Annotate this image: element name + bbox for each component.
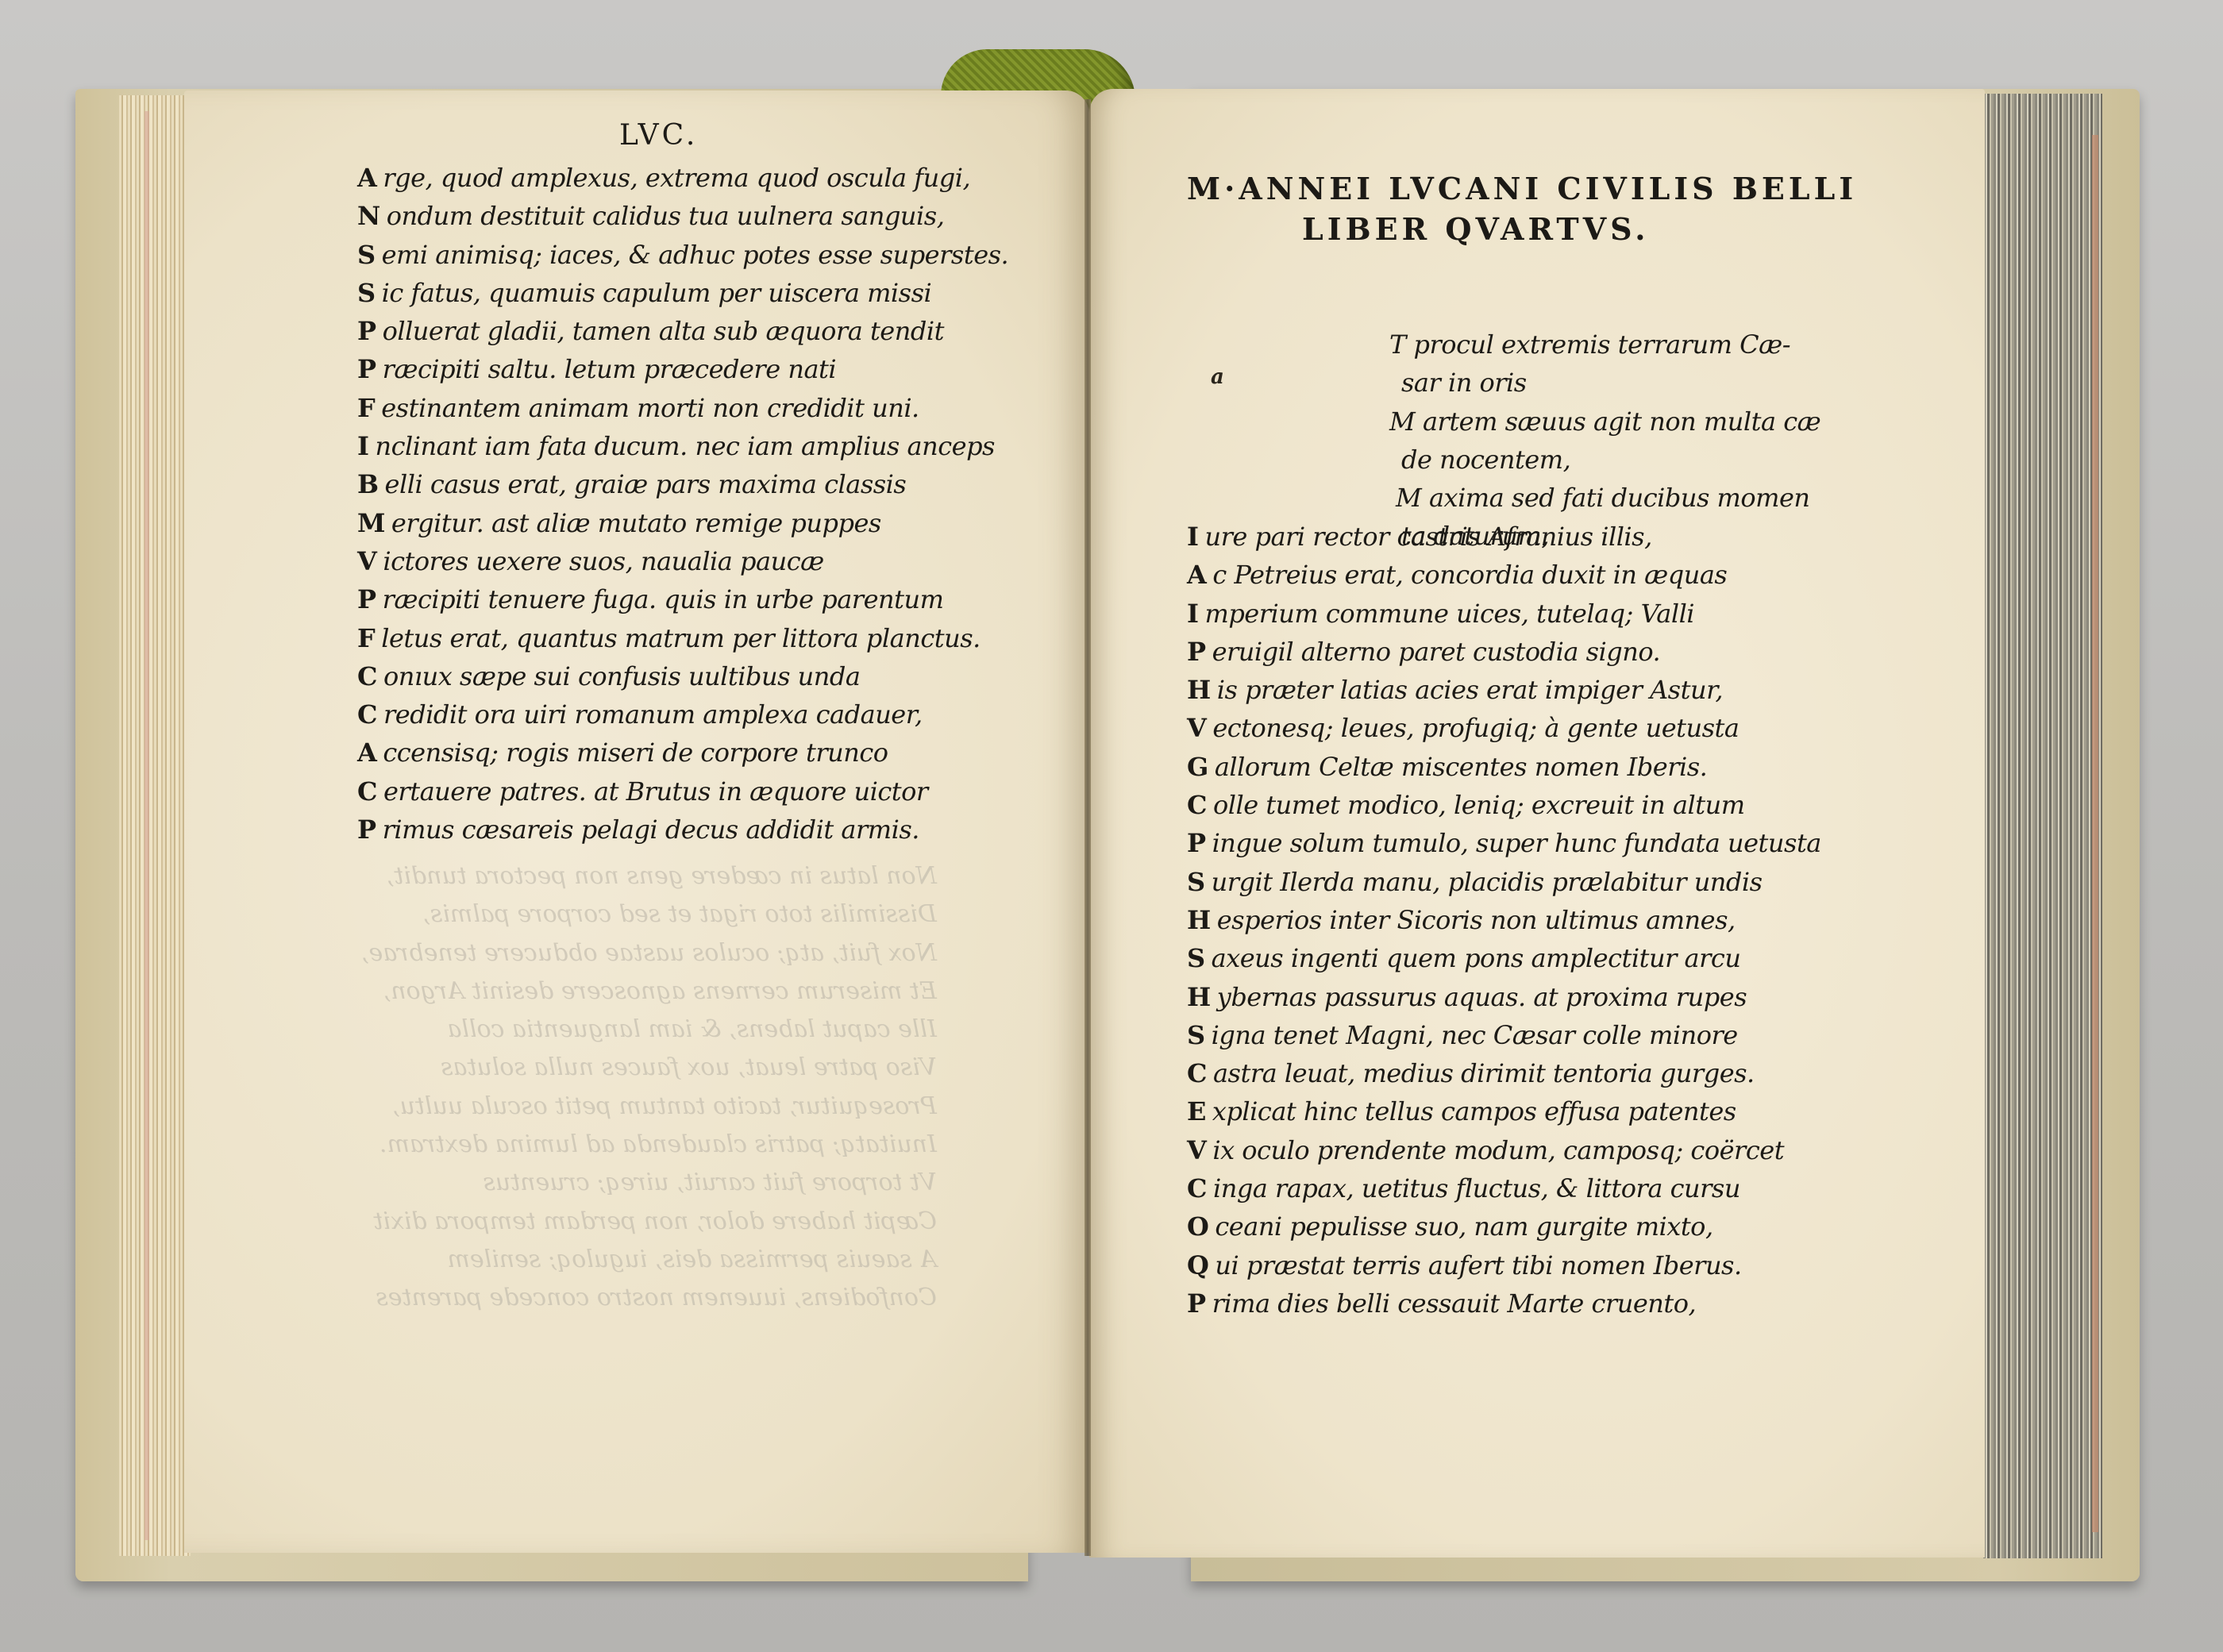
opening-line: sar in oris [1389,364,1820,402]
left-fore-edge [119,95,191,1556]
verse-text: redidit ora uiri romanum amplexa cadauer… [383,699,923,730]
verse-line: Belli casus erat, graiæ pars maxima clas… [357,465,1008,503]
verse-line: Pingue solum tumulo, super hunc fundata … [1187,824,1821,862]
ghost-line: Prosequitur, tacito tantum petit oscula … [361,1088,937,1126]
verse-text: ectonesq; leues, profugiq; à gente uetus… [1212,713,1739,743]
initial-capital: V [1187,1135,1206,1165]
opening-line: M artem sæuus agit non multa cæ [1389,402,1820,441]
verse-line: Cinga rapax, uetitus fluctus, & littora … [1187,1169,1821,1207]
verse-line: Iure pari rector castris Afranius illis, [1187,518,1821,556]
verse-line: Polluerat gladii, tamen alta sub æquora … [357,312,1008,350]
verse-line: Sic fatus, quamuis capulum per uiscera m… [357,274,1008,312]
verse-line: Signa tenet Magni, nec Cæsar colle minor… [1187,1016,1821,1054]
initial-capital: H [1187,905,1211,935]
verse-line: Saxeus ingenti quem pons amplectitur arc… [1187,939,1821,977]
initial-capital: C [1187,1173,1207,1203]
verse-text: ic fatus, quamuis capulum per uiscera mi… [382,278,932,308]
verse-text: nclinant iam fata ducum. nec iam amplius… [375,431,995,461]
verse-line: Victores uexere suos, naualia paucæ [357,542,1008,580]
book-gutter [1085,99,1091,1556]
verse-text: rge, quod amplexus, extrema quod oscula … [383,163,970,193]
verse-text: ertauere patres. at Brutus in æquore uic… [383,776,928,807]
verse-text: elli casus erat, graiæ pars maxima class… [385,469,907,499]
initial-capital: H [1187,675,1211,705]
verse-line: Credidit ora uiri romanum amplexa cadaue… [357,695,1008,734]
verse-text: ondum destituit calidus tua uulnera sang… [387,201,945,231]
initial-capital: C [357,776,377,807]
initial-capital: N [357,201,380,231]
verse-text: ix oculo prendente modum, camposq; coërc… [1212,1135,1784,1165]
verse-text: ictores uexere suos, naualia paucæ [383,546,823,576]
verse-line: His præter latias acies erat impiger Ast… [1187,671,1821,709]
verse-line: Surgit Ilerda manu, placidis prælabitur … [1187,863,1821,901]
verse-line: Oceani pepulisse suo, nam gurgite mixto, [1187,1207,1821,1246]
verse-text: ræcipiti saltu. letum præcedere nati [383,354,837,384]
initial-capital: C [1187,790,1207,820]
opening-line: M axima sed fati ducibus momen [1389,479,1820,517]
left-red-edge-stain [144,111,149,1540]
initial-capital: M [357,508,385,538]
ghost-line: A saeuis permissa deis, iuguloq; senilem [361,1241,937,1279]
initial-capital: P [1187,828,1206,858]
verse-text: eruigil alterno paret custodia signo. [1212,637,1661,667]
verse-text: ingue solum tumulo, super hunc fundata u… [1212,828,1821,858]
verse-line: Qui præstat terris aufert tibi nomen Ibe… [1187,1246,1821,1284]
initial-capital: A [1187,560,1206,590]
verse-line: Hybernas passurus aquas. at proxima rupe… [1187,978,1821,1016]
verse-line: Fletus erat, quantus matrum per littora … [357,619,1008,657]
verse-line: Hesperios inter Sicoris non ultimus amne… [1187,901,1821,939]
initial-capital: S [357,278,376,308]
initial-capital: I [357,431,368,461]
initial-capital: C [357,661,377,691]
running-head: LVC. [619,119,698,152]
verse-text: allorum Celtæ miscentes nomen Iberis. [1215,752,1707,782]
verse-text: igna tenet Magni, nec Cæsar colle minore [1212,1020,1738,1050]
opening-line: T procul extremis terrarum Cæ- [1389,325,1820,364]
initial-capital: O [1187,1211,1208,1242]
verse-line: Festinantem animam morti non credidit un… [357,389,1008,427]
ghost-line: Ille caput labens, & iam languentia coll… [361,1011,937,1049]
initial-capital: P [1187,1288,1206,1319]
verse-line: Semi animisq; iaces, & adhuc potes esse … [357,236,1008,274]
ghost-line: Confodiens, iuuenem nostro concede paren… [361,1279,937,1317]
verse-text: ybernas passurus aquas. at proxima rupes [1217,982,1747,1012]
left-page-text-block: Arge, quod amplexus, extrema quod oscula… [357,159,1008,849]
initial-capital: S [1187,1020,1205,1050]
verse-line: Mergitur. ast aliæ mutato remige puppes [357,504,1008,542]
initial-capital: P [357,814,376,845]
verse-text: esperios inter Sicoris non ultimus amnes… [1217,905,1736,935]
ghost-line: Et miserum cernens agnoscere desinit Arg… [361,972,937,1011]
ghost-line: Nox fuit, atq; oculos uastae obducere te… [361,934,937,972]
verse-text: urgit Ilerda manu, placidis prælabitur u… [1212,867,1763,897]
verse-line: Arge, quod amplexus, extrema quod oscula… [357,159,1008,197]
verse-line: Gallorum Celtæ miscentes nomen Iberis. [1187,748,1821,786]
initial-capital: I [1187,599,1198,629]
initial-capital: S [1187,943,1205,973]
verse-text: ergitur. ast aliæ mutato remige puppes [391,508,881,538]
verse-text: ceani pepulisse suo, nam gurgite mixto, [1215,1211,1713,1242]
initial-capital: P [357,354,376,384]
right-fore-edge [1983,94,2102,1558]
verse-line: Explicat hinc tellus campos effusa paten… [1187,1092,1821,1130]
verse-text: olluerat gladii, tamen alta sub æquora t… [383,316,944,346]
opening-line: de nocentem, [1389,441,1820,479]
verse-text: inga rapax, uetitus fluctus, & littora c… [1213,1173,1740,1203]
initial-capital: A [357,737,376,768]
verse-line: Nondum destituit calidus tua uulnera san… [357,197,1008,235]
initial-capital: I [1187,522,1198,552]
verse-text: ui præstat terris aufert tibi nomen Iber… [1215,1250,1741,1280]
verse-text: rima dies belli cessauit Marte cruento, [1212,1288,1697,1319]
right-red-edge-stain [2092,135,2098,1532]
verse-line: Castra leuat, medius dirimit tentoria gu… [1187,1054,1821,1092]
initial-capital: A [357,163,376,193]
ghost-line: Cæpit habere dolor, non perdam tempora d… [361,1203,937,1241]
verse-text: letus erat, quantus matrum per littora p… [381,623,981,653]
initial-capital: S [1187,867,1205,897]
verse-line: Prima dies belli cessauit Marte cruento, [1187,1284,1821,1323]
initial-capital: H [1187,982,1211,1012]
verse-line: Vectonesq; leues, profugiq; à gente uetu… [1187,709,1821,747]
initial-capital: G [1187,752,1208,782]
initial-capital: V [1187,713,1206,743]
ghost-line: Viso patre leuat, uox fauces nulla solut… [361,1049,937,1087]
verse-text: ure pari rector castris Afranius illis, [1204,522,1651,552]
verse-line: Imperium commune uices, tutelaq; Valli [1187,595,1821,633]
verse-line: Primus cæsareis pelagi decus addidit arm… [357,811,1008,849]
verse-line: Peruigil alterno paret custodia signo. [1187,633,1821,671]
initial-capital: P [1187,637,1206,667]
verse-line: Præcipiti tenuere fuga. quis in urbe par… [357,580,1008,618]
verse-text: ccensisq; rogis miseri de corpore trunco [383,737,888,768]
initial-capital: F [357,623,375,653]
verse-line: Inclinant iam fata ducum. nec iam ampliu… [357,427,1008,465]
verse-text: is præter latias acies erat impiger Astu… [1217,675,1723,705]
initial-capital: P [357,316,376,346]
verse-text: c Petreius erat, concordia duxit in æqua… [1212,560,1727,590]
initial-capital: C [357,699,377,730]
initial-capital: C [1187,1058,1207,1088]
verse-text: olle tumet modico, leniq; excreuit in al… [1213,790,1745,820]
initial-capital: V [357,546,376,576]
verse-line: Præcipiti saltu. letum præcedere nati [357,350,1008,388]
verse-line: Vix oculo prendente modum, camposq; coër… [1187,1131,1821,1169]
verse-text: emi animisq; iaces, & adhuc potes esse s… [382,240,1009,270]
verse-line: Conıux sæpe sui confusis uultibus unda [357,657,1008,695]
ghost-line: Vt torpore fuit caruit, uireq; cruentus [361,1164,937,1202]
verse-text: rimus cæsareis pelagi decus addidit armi… [383,814,919,845]
verse-text: estinantem animam morti non credidit uni… [381,393,919,423]
initial-capital: B [357,469,379,499]
verse-line: Ac Petreius erat, concordia duxit in æqu… [1187,556,1821,594]
right-page-text-block: Iure pari rector castris Afranius illis,… [1187,518,1821,1323]
left-page-show-through: Non latus in cædere gens non pectora tun… [361,857,937,1318]
initial-capital: S [357,240,376,270]
verse-text: axeus ingenti quem pons amplectitur arcu [1212,943,1741,973]
verse-line: Certauere patres. at Brutus in æquore ui… [357,772,1008,811]
initial-capital: F [357,393,375,423]
initial-capital: E [1187,1096,1206,1126]
verse-text: xplicat hinc tellus campos effusa patent… [1212,1096,1736,1126]
margin-note: a [1211,365,1224,389]
initial-capital: P [357,584,376,614]
verse-line: Colle tumet modico, leniq; excreuit in a… [1187,786,1821,824]
verse-line: Accensisq; rogis miseri de corpore trunc… [357,734,1008,772]
verse-text: astra leuat, medius dirimit tentoria gur… [1213,1058,1755,1088]
verse-text: ræcipiti tenuere fuga. quis in urbe pare… [383,584,944,614]
verse-text: onıux sæpe sui confusis uultibus unda [383,661,860,691]
initial-capital: Q [1187,1250,1208,1280]
ghost-line: Dissimilis toto rigat et sed corpore pal… [361,895,937,934]
book-title-line-2: LIBER QVARTVS. [1302,211,1650,247]
book-title-line-1: M·ANNEI LVCANI CIVILIS BELLI [1187,171,1857,206]
ghost-line: Non latus in cædere gens non pectora tun… [361,857,937,895]
ghost-line: Inuitatq; patris claudenda ad lumina dex… [361,1126,937,1164]
verse-text: mperium commune uices, tutelaq; Valli [1204,599,1694,629]
